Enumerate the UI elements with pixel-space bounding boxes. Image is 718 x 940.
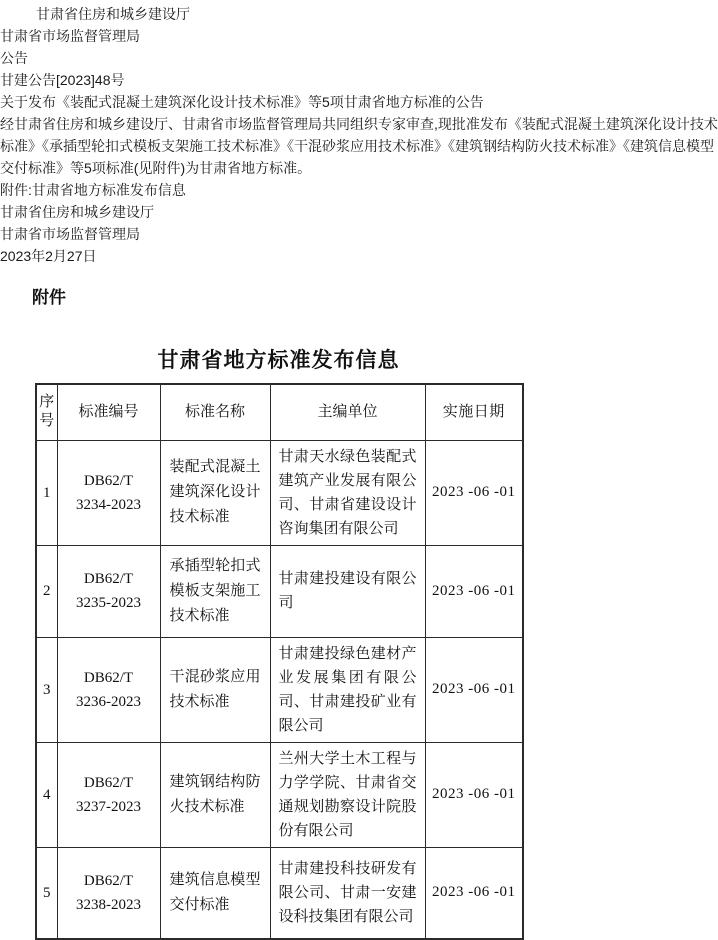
table-row: 2 DB62/T 3235-2023 承插型轮扣式模板支架施工技术标准 甘肃建投… — [36, 545, 523, 637]
announcement-title: 关于发布《装配式混凝土建筑深化设计技术标准》等5项甘肃省地方标准的公告 — [0, 91, 718, 113]
table-row: 4 DB62/T 3237-2023 建筑钢结构防火技术标准 兰州大学土木工程与… — [36, 742, 523, 847]
column-header-code: 标准编号 — [57, 384, 160, 440]
signature-housing-dept: 甘肃省住房和城乡建设厅 — [0, 201, 718, 223]
announcement-label: 公告 — [0, 47, 718, 69]
cell-org: 甘肃建投建设有限公司 — [270, 545, 425, 637]
column-header-date: 实施日期 — [425, 384, 523, 440]
cell-name: 承插型轮扣式模板支架施工技术标准 — [160, 545, 270, 637]
attachment-reference-line: 附件:甘肃省地方标准发布信息 — [0, 179, 718, 201]
cell-name: 装配式混凝土建筑深化设计技术标准 — [160, 440, 270, 545]
table-row: 3 DB62/T 3236-2023 干混砂浆应用技术标准 甘肃建投绿色建材产业… — [36, 637, 523, 742]
table-row: 1 DB62/T 3234-2023 装配式混凝土建筑深化设计技术标准 甘肃天水… — [36, 440, 523, 545]
cell-code: DB62/T 3234-2023 — [57, 440, 160, 545]
announcement-body: 经甘肃省住房和城乡建设厅、甘肃省市场监督管理局共同组织专家审查,现批准发布《装配… — [0, 113, 718, 179]
announcement-text-block: 甘肃省住房和城乡建设厅 甘肃省市场监督管理局 公告 甘建公告[2023]48号 … — [0, 3, 718, 267]
cell-seq: 1 — [36, 440, 57, 545]
cell-date: 2023 -06 -01 — [425, 847, 523, 939]
cell-seq: 3 — [36, 637, 57, 742]
column-header-org: 主编单位 — [270, 384, 425, 440]
standards-table-section: 甘肃省地方标准发布信息 序号 标准编号 标准名称 主编单位 实施日期 — [35, 344, 522, 940]
cell-date: 2023 -06 -01 — [425, 440, 523, 545]
cell-seq: 2 — [36, 545, 57, 637]
attachment-heading: 附件 — [32, 283, 718, 308]
cell-name: 建筑钢结构防火技术标准 — [160, 742, 270, 847]
issuer-line-market-bureau: 甘肃省市场监督管理局 — [0, 25, 718, 47]
cell-name: 建筑信息模型交付标准 — [160, 847, 270, 939]
column-header-name: 标准名称 — [160, 384, 270, 440]
cell-code: DB62/T 3236-2023 — [57, 637, 160, 742]
cell-seq: 5 — [36, 847, 57, 939]
cell-date: 2023 -06 -01 — [425, 742, 523, 847]
table-row: 5 DB62/T 3238-2023 建筑信息模型交付标准 甘肃建投科技研发有限… — [36, 847, 523, 939]
announcement-date: 2023年2月27日 — [0, 245, 718, 267]
table-header-row: 序号 标准编号 标准名称 主编单位 实施日期 — [36, 384, 523, 440]
cell-org: 甘肃建投科技研发有限公司、甘肃一安建设科技集团有限公司 — [270, 847, 425, 939]
announcement-number: 甘建公告[2023]48号 — [0, 69, 718, 91]
cell-seq: 4 — [36, 742, 57, 847]
table-title: 甘肃省地方标准发布信息 — [35, 344, 522, 374]
cell-date: 2023 -06 -01 — [425, 545, 523, 637]
standards-table: 序号 标准编号 标准名称 主编单位 实施日期 1 DB62/T 3234-202… — [35, 383, 524, 940]
cell-org: 甘肃天水绿色装配式建筑产业发展有限公司、甘肃省建设设计咨询集团有限公司 — [270, 440, 425, 545]
cell-org: 兰州大学土木工程与力学学院、甘肃省交通规划勘察设计院股份有限公司 — [270, 742, 425, 847]
cell-org: 甘肃建投绿色建材产业发展集团有限公司、甘肃建投矿业有限公司 — [270, 637, 425, 742]
issuer-line-housing-dept: 甘肃省住房和城乡建设厅 — [0, 3, 718, 25]
cell-code: DB62/T 3238-2023 — [57, 847, 160, 939]
column-header-seq: 序号 — [36, 384, 57, 440]
document-page: 甘肃省住房和城乡建设厅 甘肃省市场监督管理局 公告 甘建公告[2023]48号 … — [0, 0, 718, 940]
cell-code: DB62/T 3237-2023 — [57, 742, 160, 847]
cell-code: DB62/T 3235-2023 — [57, 545, 160, 637]
cell-name: 干混砂浆应用技术标准 — [160, 637, 270, 742]
signature-market-bureau: 甘肃省市场监督管理局 — [0, 223, 718, 245]
cell-date: 2023 -06 -01 — [425, 637, 523, 742]
